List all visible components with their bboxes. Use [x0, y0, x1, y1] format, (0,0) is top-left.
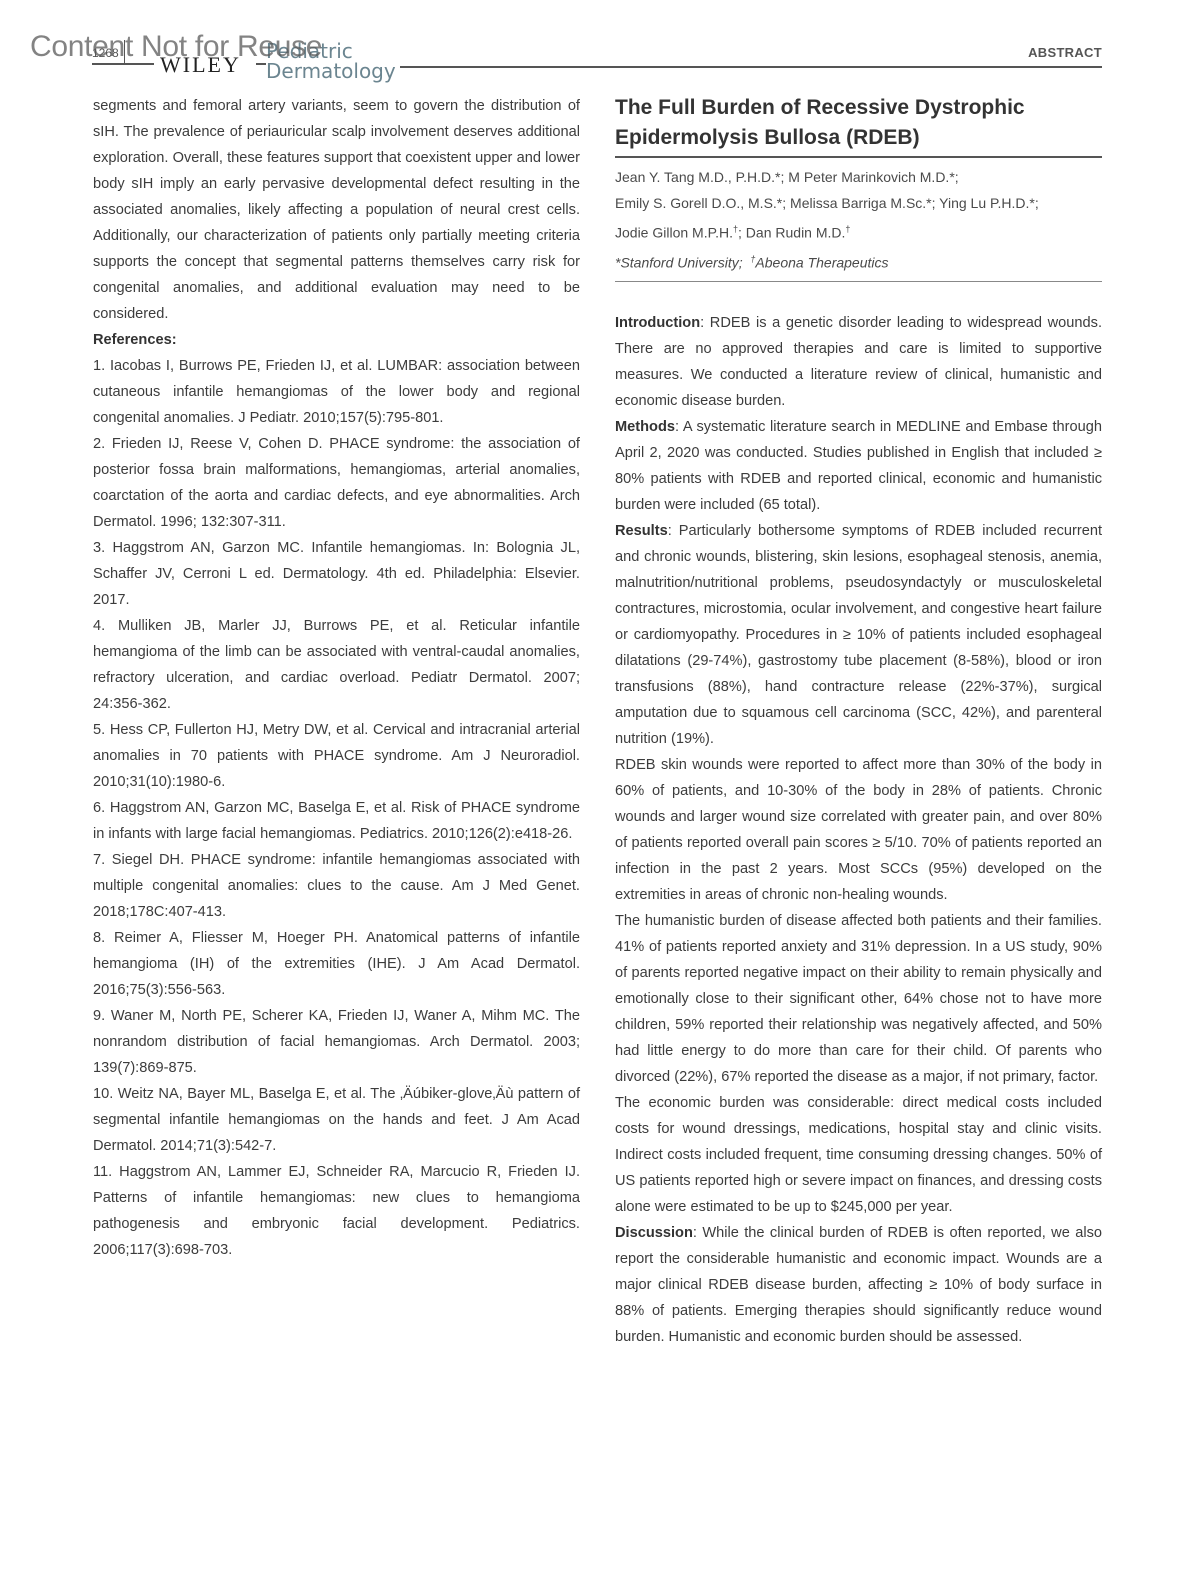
header-rule: [400, 66, 1102, 68]
abstract-body: Introduction: RDEB is a genetic disorder…: [615, 310, 1102, 1350]
references-heading: References:: [93, 327, 580, 353]
introduction-label: Introduction: [615, 315, 700, 331]
reference-item: 6. Haggstrom AN, Garzon MC, Baselga E, e…: [93, 795, 580, 847]
discussion-paragraph: Discussion: While the clinical burden of…: [615, 1220, 1102, 1350]
article-title: The Full Burden of Recessive Dystrophic …: [615, 93, 1102, 158]
reference-item: 9. Waner M, North PE, Scherer KA, Friede…: [93, 1003, 580, 1081]
wounds-paragraph: RDEB skin wounds were reported to affect…: [615, 752, 1102, 908]
reference-item: 1. Iacobas I, Burrows PE, Frieden IJ, et…: [93, 353, 580, 431]
economic-paragraph: The economic burden was considerable: di…: [615, 1090, 1102, 1220]
right-column: The Full Burden of Recessive Dystrophic …: [615, 93, 1102, 1350]
authors-line: Jodie Gillon M.P.H.†; Dan Rudin M.D.†: [615, 216, 1102, 246]
continued-paragraph: segments and femoral artery variants, se…: [93, 93, 580, 327]
page-header: Content Not for Reuse 1268 WILEY Pediatr…: [0, 0, 1200, 90]
left-column: segments and femoral artery variants, se…: [93, 93, 580, 1263]
reference-item: 2. Frieden IJ, Reese V, Cohen D. PHACE s…: [93, 431, 580, 535]
authors-line: Jean Y. Tang M.D., P.H.D.*; M Peter Mari…: [615, 164, 1102, 190]
reference-item: 5. Hess CP, Fullerton HJ, Metry DW, et a…: [93, 717, 580, 795]
author-block: Jean Y. Tang M.D., P.H.D.*; M Peter Mari…: [615, 158, 1102, 282]
affiliations: *Stanford University; †Abeona Therapeuti…: [615, 246, 1102, 276]
reference-item: 4. Mulliken JB, Marler JJ, Burrows PE, e…: [93, 613, 580, 717]
references-list: 1. Iacobas I, Burrows PE, Frieden IJ, et…: [93, 353, 580, 1263]
methods-label: Methods: [615, 419, 675, 435]
results-paragraph: Results: Particularly bothersome symptom…: [615, 518, 1102, 752]
reference-item: 7. Siegel DH. PHACE syndrome: infantile …: [93, 847, 580, 925]
watermark: Content Not for Reuse: [30, 30, 322, 64]
authors-line: Emily S. Gorell D.O., M.S.*; Melissa Bar…: [615, 190, 1102, 216]
methods-paragraph: Methods: A systematic literature search …: [615, 414, 1102, 518]
reference-item: 3. Haggstrom AN, Garzon MC. Infantile he…: [93, 535, 580, 613]
discussion-label: Discussion: [615, 1225, 693, 1241]
reference-item: 11. Haggstrom AN, Lammer EJ, Schneider R…: [93, 1159, 580, 1263]
reference-item: 8. Reimer A, Fliesser M, Hoeger PH. Anat…: [93, 925, 580, 1003]
results-label: Results: [615, 523, 668, 539]
journal-name-line2: Dermatology: [266, 61, 396, 81]
humanistic-paragraph: The humanistic burden of disease affecte…: [615, 908, 1102, 1090]
section-label: ABSTRACT: [1028, 45, 1102, 60]
reference-item: 10. Weitz NA, Bayer ML, Baselga E, et al…: [93, 1081, 580, 1159]
introduction-paragraph: Introduction: RDEB is a genetic disorder…: [615, 310, 1102, 414]
